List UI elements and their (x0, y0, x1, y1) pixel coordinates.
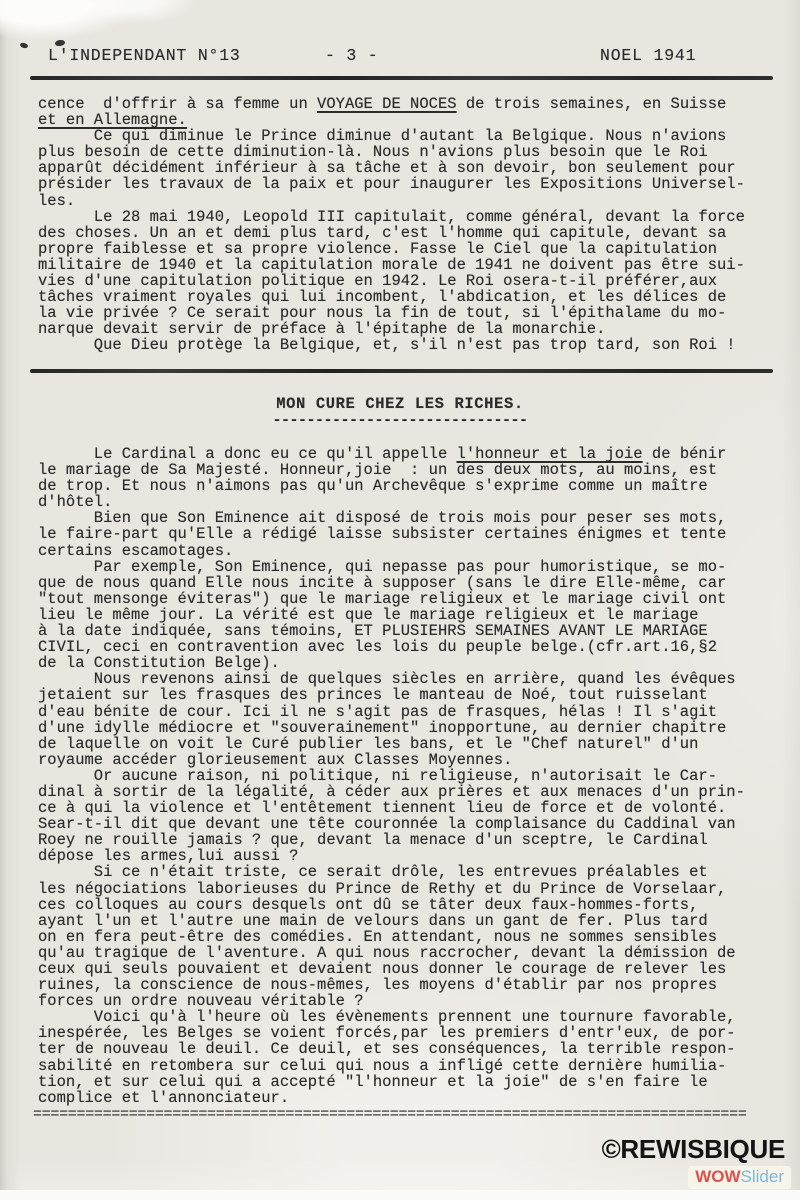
text-line: les. (38, 193, 778, 209)
header-rule (30, 76, 773, 80)
text-line: Le 28 mai 1940, Leopold III capitulait, … (38, 209, 778, 225)
publication-title: L'INDEPENDANT N°13 (48, 46, 241, 65)
copyright-watermark: ©REWISBIQUE (602, 1134, 785, 1165)
text-line: ceux qui seuls pouvaient et devaient nou… (38, 961, 778, 977)
text-line: forces un ordre nouveau véritable ? (38, 993, 778, 1009)
text-line: lieu le même jour. La vérité est que le … (38, 607, 778, 623)
text-line: d'eau bénite de cour. Ici il ne s'agit p… (38, 704, 778, 720)
scan-edge-strip (0, 1190, 800, 1200)
text-line: inespérée, les Belges se voient forcés,p… (38, 1025, 778, 1041)
text-line: jetaient sur les frasques des princes le… (38, 687, 778, 703)
text-line: Or aucune raison, ni politique, ni relig… (38, 768, 778, 784)
text-line: CIVIL, ceci en contravention avec les lo… (38, 639, 778, 655)
text-line: cence d'offrir à sa femme un VOYAGE DE N… (38, 96, 778, 112)
text-line: ayant l'un et l'autre une main de velour… (38, 913, 778, 929)
text-line: le mariage de Sa Majesté. Honneur,joie :… (38, 462, 778, 478)
text-line: tâches vraiment royales qui lui incomben… (38, 289, 778, 305)
text-line: Sear-t-il dit que devant une tête couron… (38, 816, 778, 832)
text-line: Par exemple, Son Eminence, qui nepasse p… (38, 559, 778, 575)
article-2-body: Le Cardinal a donc eu ce qu'il appelle l… (38, 446, 778, 1106)
text-line: complice et l'annonciateur. (38, 1090, 778, 1106)
text-line: on en fera peut-être des comédies. En at… (38, 929, 778, 945)
page-number: - 3 - (325, 46, 379, 65)
text-line: Nous revenons ainsi de quelques siècles … (38, 671, 778, 687)
text-line: sabilité en retombera sur celui qui nous… (38, 1058, 778, 1074)
text-line: de laquelle on voit le Curé publier les … (38, 736, 778, 752)
text-line: d'hôtel. (38, 494, 778, 510)
text-line: Si ce n'était triste, ce serait drôle, l… (38, 864, 778, 880)
text-line: qu'au tragique de l'aventure. A qui nous… (38, 945, 778, 961)
text-line: la vie privée ? Ce serait pour nous la f… (38, 305, 778, 321)
text-line: vies d'une capitulation politique en 194… (38, 273, 778, 289)
text-line: royaume accéder glorieusement aux Classe… (38, 752, 778, 768)
text-line: à la date indiquée, sans témoins, ET PLU… (38, 623, 778, 639)
text-line: plus besoin de cette diminution-là. Nous… (38, 144, 778, 160)
text-line: certains escamotages. (38, 543, 778, 559)
text-line: ter de nouveau le deuil. Ce deuil, et se… (38, 1041, 778, 1057)
text-line: présider les travaux de la paix et pour … (38, 176, 778, 192)
text-line: Le Cardinal a donc eu ce qu'il appelle l… (38, 446, 778, 462)
text-line: tion, et sur celui qui a accepté "l'honn… (38, 1074, 778, 1090)
text-line: des choses. Un an et demi plus tard, c'e… (38, 225, 778, 241)
text-line: Voici qu'à l'heure où les évènements pre… (38, 1009, 778, 1025)
article-2-title-underline: ------------------------------ (0, 412, 800, 429)
wowslider-slider-text: Slider (741, 1167, 784, 1186)
issue-date: NOEL 1941 (600, 46, 696, 65)
underlined-text: VOYAGE DE NOCES (317, 95, 457, 113)
text-line: que de nous quand Elle nous incite à sup… (38, 575, 778, 591)
text-line: Ce qui diminue le Prince diminue d'autan… (38, 128, 778, 144)
text-line: ruines, la conscience de nous-mêmes, les… (38, 977, 778, 993)
text-line: et en Allemagne. (38, 112, 778, 128)
wowslider-wow-text: WOW (695, 1167, 740, 1186)
text-line: propre faiblesse et sa propre violence. … (38, 241, 778, 257)
text-line: apparût décidément inférieur à sa tâche … (38, 160, 778, 176)
text-line: dinal à sortir de la légalité, à céder a… (38, 784, 778, 800)
footer-dashed-rule: ========================================… (33, 1106, 747, 1123)
text-line: narque devait servir de préface à l'épit… (38, 321, 778, 337)
text-line: le faire-part qu'Elle a rédigé laisse su… (38, 526, 778, 542)
scanned-page: L'INDEPENDANT N°13 - 3 - NOEL 1941 cence… (0, 0, 800, 1200)
text-line: Que Dieu protège la Belgique, et, s'il n… (38, 337, 778, 353)
text-line: "tout mensonge éviteras") que le mariage… (38, 591, 778, 607)
text-line: militaire de 1940 et la capitulation mor… (38, 257, 778, 273)
text-line: de la Constitution Belge). (38, 655, 778, 671)
text-line: Bien que Son Eminence ait disposé de tro… (38, 510, 778, 526)
wowslider-watermark-badge[interactable]: WOWSlider (688, 1166, 791, 1189)
text-line: dépose les armes,lui aussi ? (38, 848, 778, 864)
text-line: ces colloques au cours desquels ont dû s… (38, 897, 778, 913)
text-line: ce à qui la violence et l'entêtement tie… (38, 800, 778, 816)
article-1-body: cence d'offrir à sa femme un VOYAGE DE N… (38, 96, 778, 354)
staple-mark (19, 42, 28, 49)
article-2-title: MON CURE CHEZ LES RICHES. (0, 395, 800, 413)
text-line: de trop. Et nous n'aimons pas qu'un Arch… (38, 478, 778, 494)
text-line: les négociations laborieuses du Prince d… (38, 881, 778, 897)
text-line: d'une idylle médiocre et "souverainement… (38, 720, 778, 736)
section-divider-rule (30, 369, 773, 373)
text-line: Roey ne rouille jamais ? que, devant la … (38, 832, 778, 848)
